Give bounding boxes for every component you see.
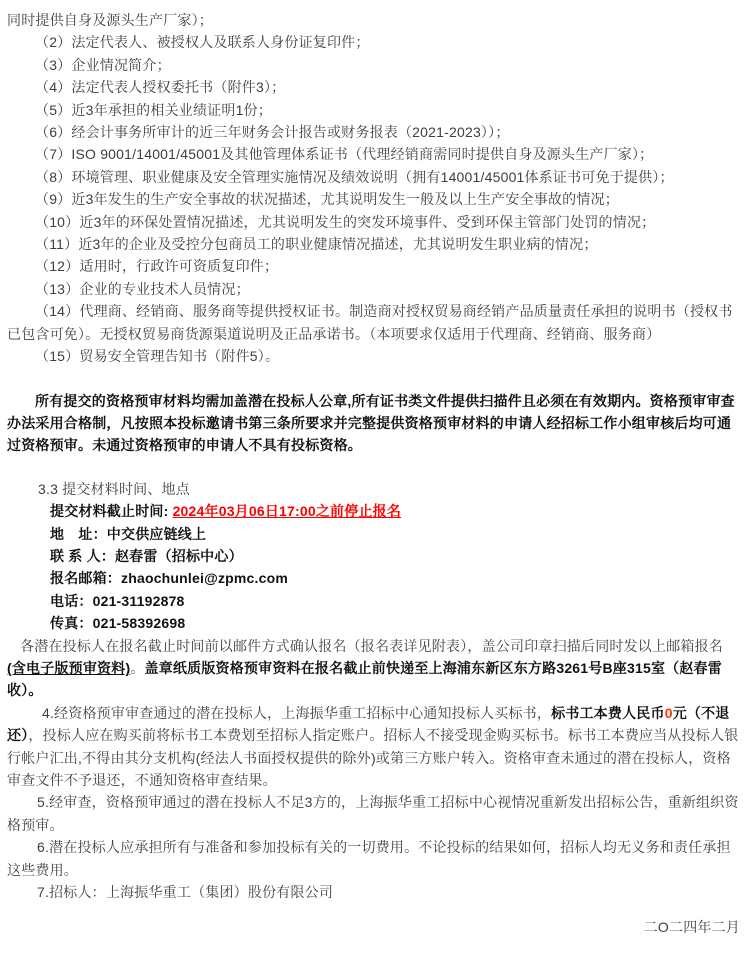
- signup-email-line: 报名邮箱：zhaochunlei@zpmc.com: [7, 567, 740, 589]
- deadline-label: 提交材料截止时间:: [50, 503, 173, 519]
- section-heading-3-3: 3.3 提交材料时间、地点: [7, 478, 740, 500]
- list-item-12: （12）适用时，行政许可资质复印件；: [7, 255, 740, 277]
- paragraph-4-normal-2: ，投标人应在购买前将标书工本费划至招标人指定账户。招标人不接受现金购买标书。标书…: [7, 727, 738, 788]
- signup-electronic-copy-emphasis: (含电子版预审资料): [7, 660, 130, 676]
- paragraph-5: 5.经审查，资格预审通过的潜在投标人不足3方的，上海振华重工招标中心视情况重新发…: [7, 791, 740, 836]
- paragraph-7-tenderer: 7.招标人：上海振华重工（集团）股份有限公司: [7, 881, 740, 903]
- list-item-7: （7）ISO 9001/14001/45001及其他管理体系证书（代理经销商需同…: [7, 143, 740, 165]
- signup-text-normal: 各潜在投标人在报名截止时间前以邮件方式确认报名（报名表详见附表），盖公司印章扫描…: [20, 638, 723, 654]
- list-item-2: （2）法定代表人、被授权人及联系人身份证复印件；: [7, 31, 740, 53]
- signup-period: 。: [130, 660, 144, 676]
- address-line: 地 址：中交供应链线上: [7, 523, 740, 545]
- list-item-13: （13）企业的专业技术人员情况；: [7, 278, 740, 300]
- list-item-9: （9）近3年发生的生产安全事故的状况描述，尤其说明发生一般及以上生产安全事故的情…: [7, 188, 740, 210]
- paragraph-4-normal-1: 4.经资格预审审查通过的潜在投标人，上海振华重工招标中心通知投标人买标书，: [42, 705, 551, 721]
- list-item-10: （10）近3年的环保处置情况描述，尤其说明发生的突发环境事件、受到环保主管部门处…: [7, 211, 740, 233]
- list-item-3: （3）企业情况简介；: [7, 54, 740, 76]
- fax-line: 传真：021-58392698: [7, 612, 740, 634]
- document-page: 同时提供自身及源头生产厂家）； （2）法定代表人、被授权人及联系人身份证复印件；…: [0, 0, 747, 979]
- contact-person-line: 联 系 人：赵春雷（招标中心）: [7, 545, 740, 567]
- list-item-8: （8）环境管理、职业健康及安全管理实施情况及绩效说明（拥有14001/45001…: [7, 166, 740, 188]
- list-item-5: （5）近3年承担的相关业绩证明1份；: [7, 99, 740, 121]
- deadline-value: 2024年03月06日17:00之前停止报名: [173, 503, 402, 519]
- continuation-line: 同时提供自身及源头生产厂家）；: [7, 9, 740, 31]
- fee-amount-zero: 0: [665, 705, 673, 721]
- list-item-11: （11）近3年的企业及受控分包商员工的职业健康情况描述，尤其说明发生职业病的情况…: [7, 233, 740, 255]
- list-item-6: （6）经会计事务所审计的近三年财务会计报告或财务报表（2021-2023））；: [7, 121, 740, 143]
- paragraph-4-fee: 4.经资格预审审查通过的潜在投标人，上海振华重工招标中心通知投标人买标书，标书工…: [7, 702, 740, 792]
- document-date: 二O二四年二月: [7, 916, 740, 938]
- list-item-15: （15）贸易安全管理告知书（附件5）。: [7, 345, 740, 367]
- prequalification-notice-paragraph: 所有提交的资格预审材料均需加盖潜在投标人公章,所有证书类文件提供扫描件且必须在有…: [7, 390, 740, 457]
- signup-paragraph: 各潜在投标人在报名截止时间前以邮件方式确认报名（报名表详见附表），盖公司印章扫描…: [7, 635, 740, 702]
- list-item-4: （4）法定代表人授权委托书（附件3）；: [7, 76, 740, 98]
- list-item-14: （14）代理商、经销商、服务商等提供授权证书。制造商对授权贸易商经销产品质量责任…: [7, 300, 740, 345]
- fee-label-emphasis: 标书工本费人民币: [551, 705, 665, 721]
- deadline-line: 提交材料截止时间: 2024年03月06日17:00之前停止报名: [7, 500, 740, 522]
- phone-line: 电话：021-31192878: [7, 590, 740, 612]
- paragraph-6: 6.潜在投标人应承担所有与准备和参加投标有关的一切费用。不论投标的结果如何，招标…: [7, 836, 740, 881]
